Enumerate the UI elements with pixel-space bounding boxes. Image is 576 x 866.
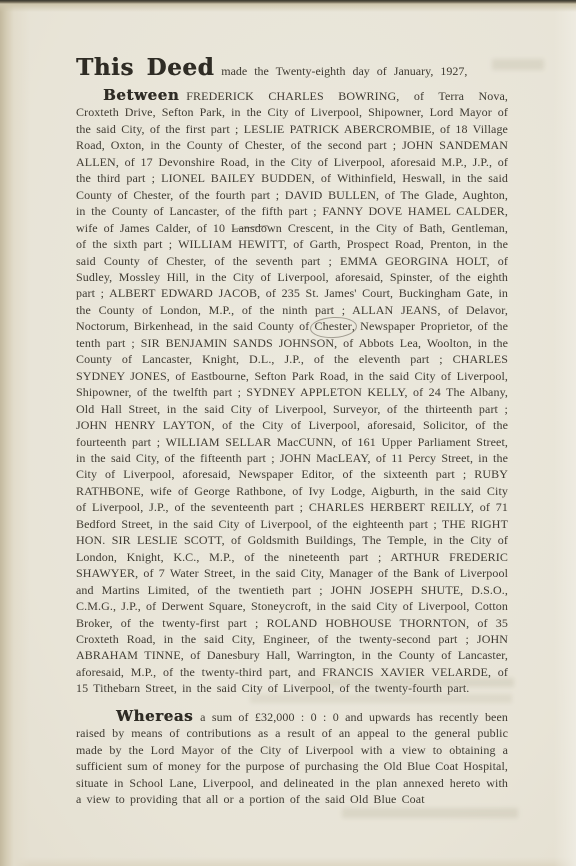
deed-scan-page: This Deedmade the Twenty-eighth day of J… bbox=[0, 0, 576, 866]
parties-paragraph: BetweenFREDERICK CHARLES BOWRING, of Ter… bbox=[76, 87, 508, 697]
this-deed-blackletter-heading: This Deed bbox=[76, 54, 214, 81]
whereas-paragraph: Whereasa sum of £32,000 : 0 : 0 and upwa… bbox=[76, 708, 508, 808]
between-blackletter-heading: Between bbox=[103, 86, 179, 104]
parties-text-segment: , Newspaper Proprietor, of the tenth par… bbox=[76, 319, 508, 695]
opening-date-text: made the Twenty-eighth day of January, 1… bbox=[221, 64, 467, 78]
whereas-blackletter-heading: Whereas bbox=[116, 707, 193, 725]
annotated-word-circled: Chester bbox=[315, 319, 352, 333]
bleed-through-ghost-text bbox=[342, 808, 518, 818]
annotated-word-struck: Lansdown bbox=[231, 221, 282, 235]
parties-text-segment: FREDERICK CHARLES BOWRING, of Terra Nova… bbox=[76, 89, 508, 235]
deed-text-block: This Deedmade the Twenty-eighth day of J… bbox=[76, 55, 508, 807]
deed-opening-line: This Deedmade the Twenty-eighth day of J… bbox=[76, 55, 508, 84]
parties-text-segment: Crescent, in the City of Bath, Gentleman… bbox=[76, 221, 508, 334]
parties-list-text: FREDERICK CHARLES BOWRING, of Terra Nova… bbox=[76, 89, 508, 695]
